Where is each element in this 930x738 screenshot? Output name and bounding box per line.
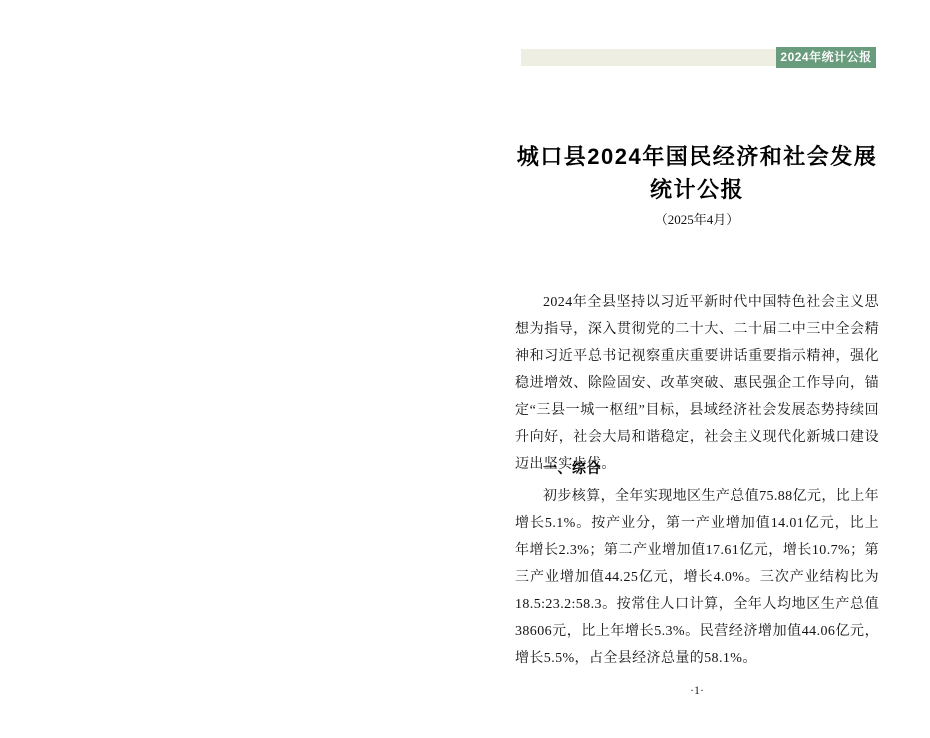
page-title: 城口县2024年国民经济和社会发展 统计公报 (515, 140, 879, 206)
publication-date: （2025年4月） (515, 209, 879, 228)
document-page: 2024年统计公报 城口县2024年国民经济和社会发展 统计公报 （2025年4… (0, 0, 930, 738)
page-title-line2: 统计公报 (650, 177, 744, 202)
page-title-line1: 城口县2024年国民经济和社会发展 (517, 144, 877, 169)
running-header-badge: 2024年统计公报 (776, 47, 876, 68)
section-heading-overview: 一、综合 (515, 457, 879, 479)
intro-paragraph: 2024年全县坚持以习近平新时代中国特色社会主义思想为指导，深入贯彻党的二十大、… (515, 289, 879, 478)
overview-paragraph: 初步核算，全年实现地区生产总值75.88亿元，比上年增长5.1%。按产业分，第一… (515, 483, 879, 672)
page-number: ·1· (515, 683, 879, 698)
